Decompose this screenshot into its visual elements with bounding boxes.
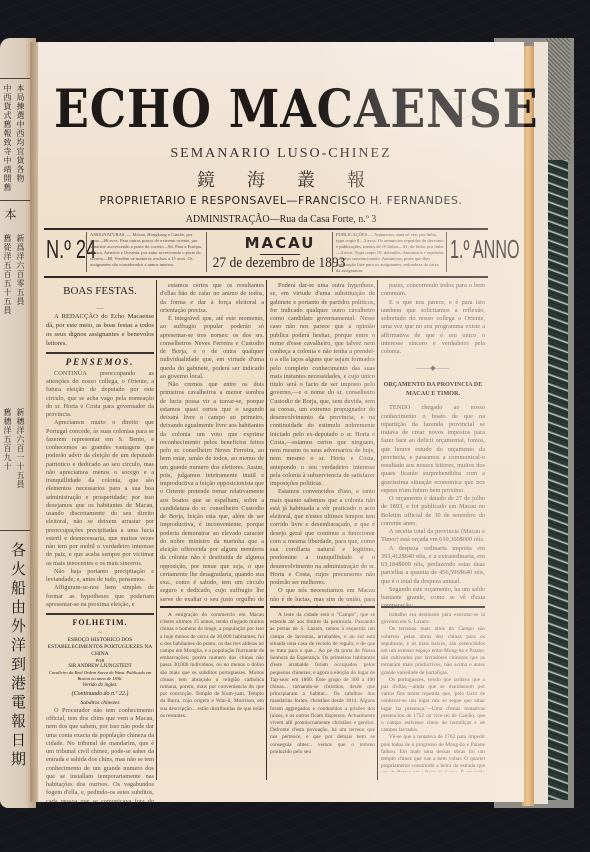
left-rule	[0, 78, 30, 79]
publications-box: PUBLICAÇÕES — Annuncios, uma só vez, por…	[336, 232, 444, 274]
article-paragraph: pazes, concorrendo todos para o bem comm…	[381, 282, 485, 299]
folhetim-continuation: A leste da cidade está o "Campo", que se…	[270, 612, 375, 756]
left-sub-vertical: 中西貨式舊報致寺中靖開舊	[2, 84, 13, 192]
infobar-bottom-rule	[44, 276, 488, 278]
article-paragraph: Estamos convencidos d'isto, e tanto mais…	[270, 488, 375, 587]
folhetim-continuation: Os portuguezes, vendo que tardava que a …	[381, 677, 485, 735]
ornament: —	[46, 304, 154, 312]
article-paragraph: O que nós necessitamos em Macau não é de…	[270, 587, 375, 606]
column-4-folhetim: trabalho era destinado para executar-se …	[381, 612, 485, 772]
year-label: 1.º ANNO	[450, 234, 519, 265]
ornament: ~	[46, 629, 154, 637]
column-2: estamos certos que os resultantes d'ella…	[160, 282, 264, 604]
city-name: MACAU	[210, 234, 350, 252]
boas-festas-heading: BOAS FESTAS.	[46, 284, 154, 298]
left-section-char: 本	[2, 208, 19, 221]
column-3-folhetim: A leste da cidade está o "Campo", que se…	[270, 612, 375, 772]
folhetim-rule	[270, 606, 375, 608]
article-paragraph: Não cremos que entre os dois primeiros c…	[160, 381, 264, 604]
folhetim-continuation: A emigração do commercio em Macau n'este…	[160, 612, 264, 720]
page-stack-edge	[534, 42, 548, 804]
column-1: BOAS FESTAS. — A REDACÇÃO do Echo Macaen…	[46, 282, 154, 802]
budget-paragraph: TENDO chegado ao nosso conhecimento o bo…	[381, 404, 485, 495]
column-rule	[156, 280, 157, 780]
article-paragraph: estamos certos que os resultantes d'ella…	[160, 282, 264, 315]
folhetim-body: O Procurador não tem conhecimento offici…	[46, 707, 154, 802]
masthead-title: ECHO MACAENSE	[54, 82, 441, 138]
left-price-line: 新爲洋六百零五員	[15, 234, 26, 306]
folhetim-continued: (Continuado do n.º 22.)	[46, 690, 154, 699]
folhetim-translated: Vertido do inglez.	[46, 682, 154, 690]
pensemos-paragraph: CONTINÚA preoccupando as attenções do no…	[46, 370, 154, 420]
folhetim-rule	[381, 606, 485, 608]
administration-line: ADMINISTRAÇÃO—Rua da Casa Forte, n.º 3	[38, 214, 524, 225]
section-rule	[46, 613, 154, 615]
column-4: pazes, concorrendo todos para o bem comm…	[381, 282, 485, 612]
left-bottom-vertical: 各火船由外洋到港電報日期	[8, 542, 29, 770]
folhetim-continuation: Vê-se que a tentativa de 1762 para imped…	[381, 734, 485, 772]
left-price-line: 新穗洋六百一十五員	[15, 408, 26, 489]
issue-number: N.º 24	[46, 234, 96, 265]
left-price-line: 舊從洋五百五十五員	[2, 234, 13, 315]
folhetim-title: ESBOÇO HISTORICO DOS ESTABELECIMENTOS PO…	[46, 637, 154, 658]
budget-heading: ORÇAMENTO DA PROVINCIA DE MACAU E TIMOR.	[381, 380, 485, 398]
divider	[446, 232, 447, 272]
folhetim-rule	[160, 606, 264, 608]
column-3: Poderá dar-se uma outra hypothese, se, e…	[270, 282, 375, 606]
proprietor-line: PROPRIETARIO E RESPONSAVEL—FRANCISCO H. …	[38, 194, 524, 207]
left-rule	[0, 530, 30, 531]
issue-info-bar: N.º 24 ASSIGNATURAS. — Macau, Hongkong e…	[44, 228, 488, 276]
masthead-subtitle: SEMANARIO LUSO-CHINEZ	[38, 146, 524, 162]
left-price-line: 舊穗洋五百九十	[2, 408, 13, 471]
article-paragraph: E o que nos parece, e é para isto tambem…	[381, 299, 485, 357]
left-rule	[0, 200, 30, 201]
newspaper-page: ECHO MACAENSE SEMANARIO LUSO-CHINEZ 鏡海叢報…	[38, 42, 524, 802]
pensemos-paragraph: Apreciamos muito o direito que Portugal …	[46, 419, 154, 568]
budget-paragraph: A despeza ordinaria importa em 393,412$6…	[381, 545, 485, 586]
column-rule	[266, 280, 267, 780]
folhetim-continuation: Os terrenos mais altos do Campo são cobe…	[381, 626, 485, 676]
cover-cloth-corner	[546, 38, 570, 163]
article-paragraph: É integrável que, até este momento, ao s…	[160, 315, 264, 381]
folhetim-heading: FOLHETIM.	[46, 619, 154, 627]
column-2-folhetim: A emigração do commercio em Macau n'este…	[160, 612, 264, 772]
pensemos-paragraph: Affiguram-se-nos bem simples de formar a…	[46, 584, 154, 609]
folhetim-section: Subditos chinezes	[46, 699, 154, 707]
subscriptions-box: ASSIGNATURAS. — Macau, Hongkong e Cantão…	[90, 232, 202, 274]
section-rule	[46, 352, 154, 354]
pensemos-paragraph: Não haja portanto precipitação e leviand…	[46, 568, 154, 585]
budget-paragraph: A receita total da provincia (Macau e Ti…	[381, 528, 485, 545]
ornament: ——◆——	[381, 364, 485, 372]
left-header-vertical: 本局揀選中西均宜貨各物	[15, 84, 26, 183]
chinese-title: 鏡海叢報	[38, 166, 524, 192]
article-paragraph: Poderá dar-se uma outra hypothese, se, e…	[270, 282, 375, 488]
divider	[86, 232, 87, 272]
folhetim-author-note: Cavalleiro da Real Ordem Sueca de Wasa. …	[46, 670, 154, 682]
pensemos-heading: PENSEMOS.	[46, 358, 154, 366]
boas-festas-body: A REDACÇÃO do Echo Macaense dá, por este…	[46, 312, 154, 348]
budget-paragraph: O orçamento é datado de 27 de julho de 1…	[381, 495, 485, 528]
folhetim-continuation: trabalho era destinado para executar-se …	[381, 612, 485, 626]
marbled-cover-edge	[548, 160, 568, 800]
divider	[332, 232, 333, 272]
column-rule	[377, 280, 378, 780]
